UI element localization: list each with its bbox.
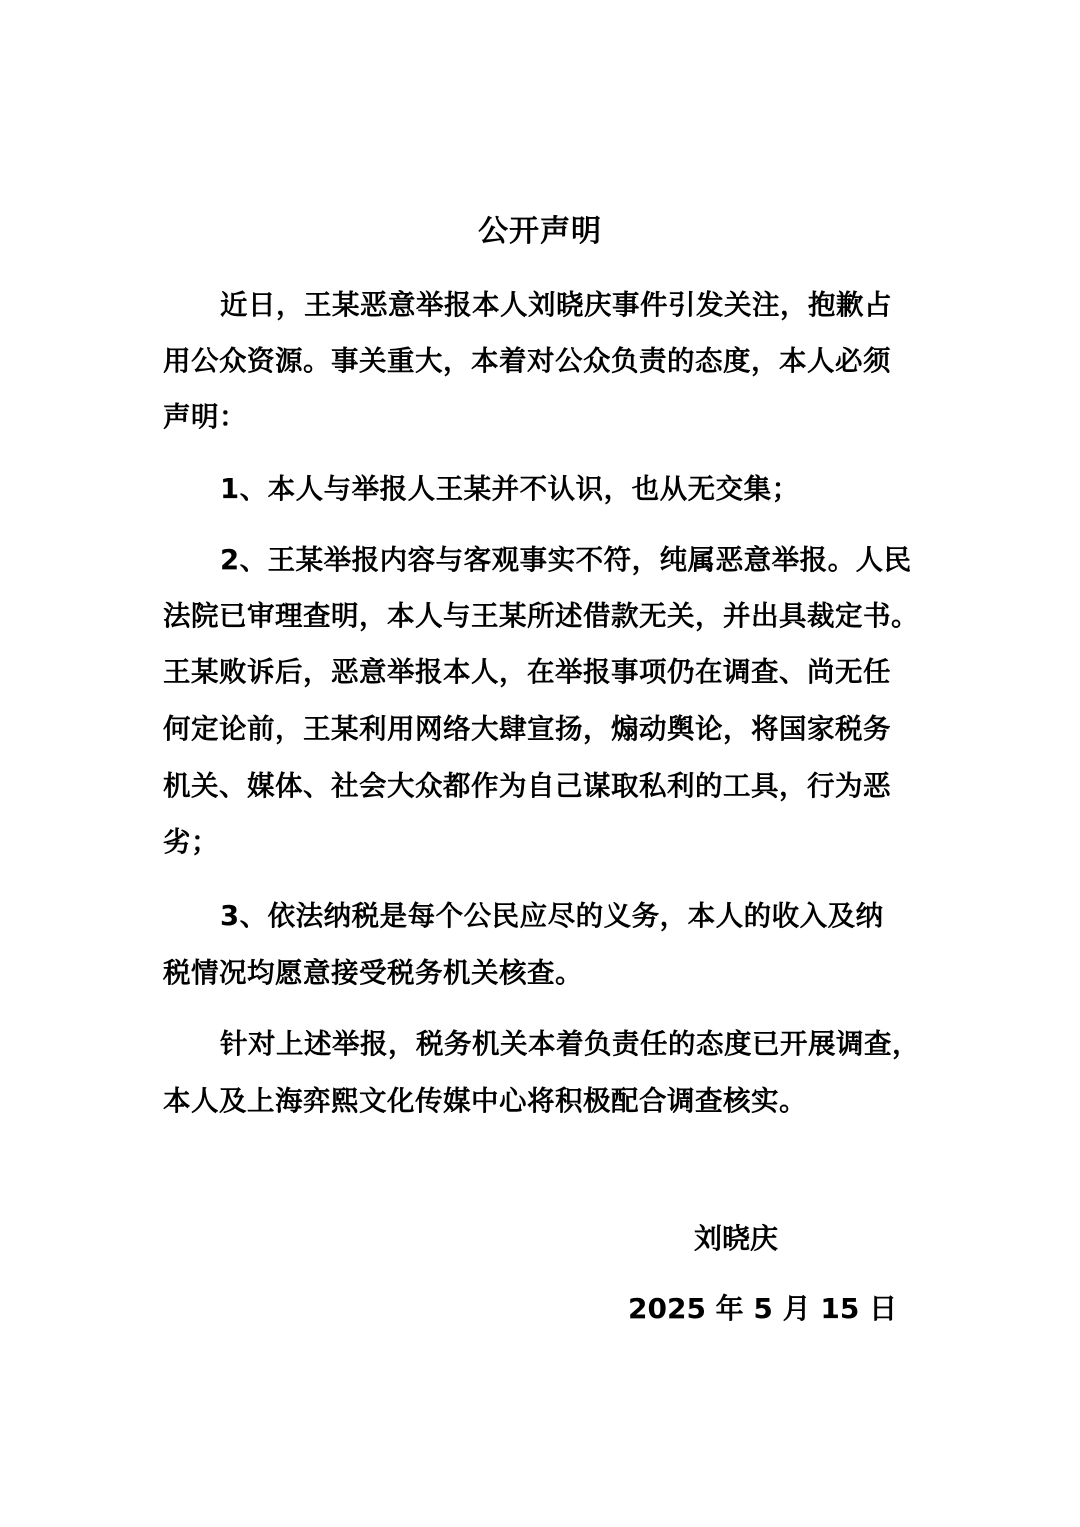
paragraph-line: 税情况均愿意接受税务机关核查。 — [163, 953, 583, 993]
document-title: 公开声明 — [0, 210, 1080, 254]
paragraph-line: 本人及上海弈熙文化传媒中心将积极配合调查核实。 — [163, 1081, 807, 1121]
paragraph-line: 2、王某举报内容与客观事实不符，纯属恶意举报。人民 — [220, 540, 912, 580]
signature-date: 2025 年 5 月 15 日 — [628, 1289, 897, 1329]
paragraph-line: 1、本人与举报人王某并不认识，也从无交集； — [220, 469, 800, 509]
paragraph-line: 机关、媒体、社会大众都作为自己谋取私利的工具，行为恶 — [163, 766, 891, 806]
paragraph-line: 劣； — [163, 822, 219, 862]
paragraph-line: 近日，王某恶意举报本人刘晓庆事件引发关注，抱歉占 — [220, 285, 892, 325]
paragraph-line: 王某败诉后，恶意举报本人，在举报事项仍在调查、尚无任 — [163, 652, 891, 692]
paragraph-line: 3、依法纳税是每个公民应尽的义务，本人的收入及纳 — [220, 896, 884, 936]
paragraph-line: 针对上述举报，税务机关本着负责任的态度已开展调查， — [220, 1024, 920, 1064]
paragraph-line: 法院已审理查明，本人与王某所述借款无关，并出具裁定书。 — [163, 596, 919, 636]
signature-name: 刘晓庆 — [694, 1219, 778, 1259]
paragraph-line: 声明： — [163, 397, 247, 437]
paragraph-line: 何定论前，王某利用网络大肆宣扬，煽动舆论，将国家税务 — [163, 709, 891, 749]
paragraph-line: 用公众资源。事关重大，本着对公众负责的态度，本人必须 — [163, 341, 891, 381]
statement-page: 公开声明 近日，王某恶意举报本人刘晓庆事件引发关注，抱歉占 用公众资源。事关重大… — [0, 0, 1080, 1527]
